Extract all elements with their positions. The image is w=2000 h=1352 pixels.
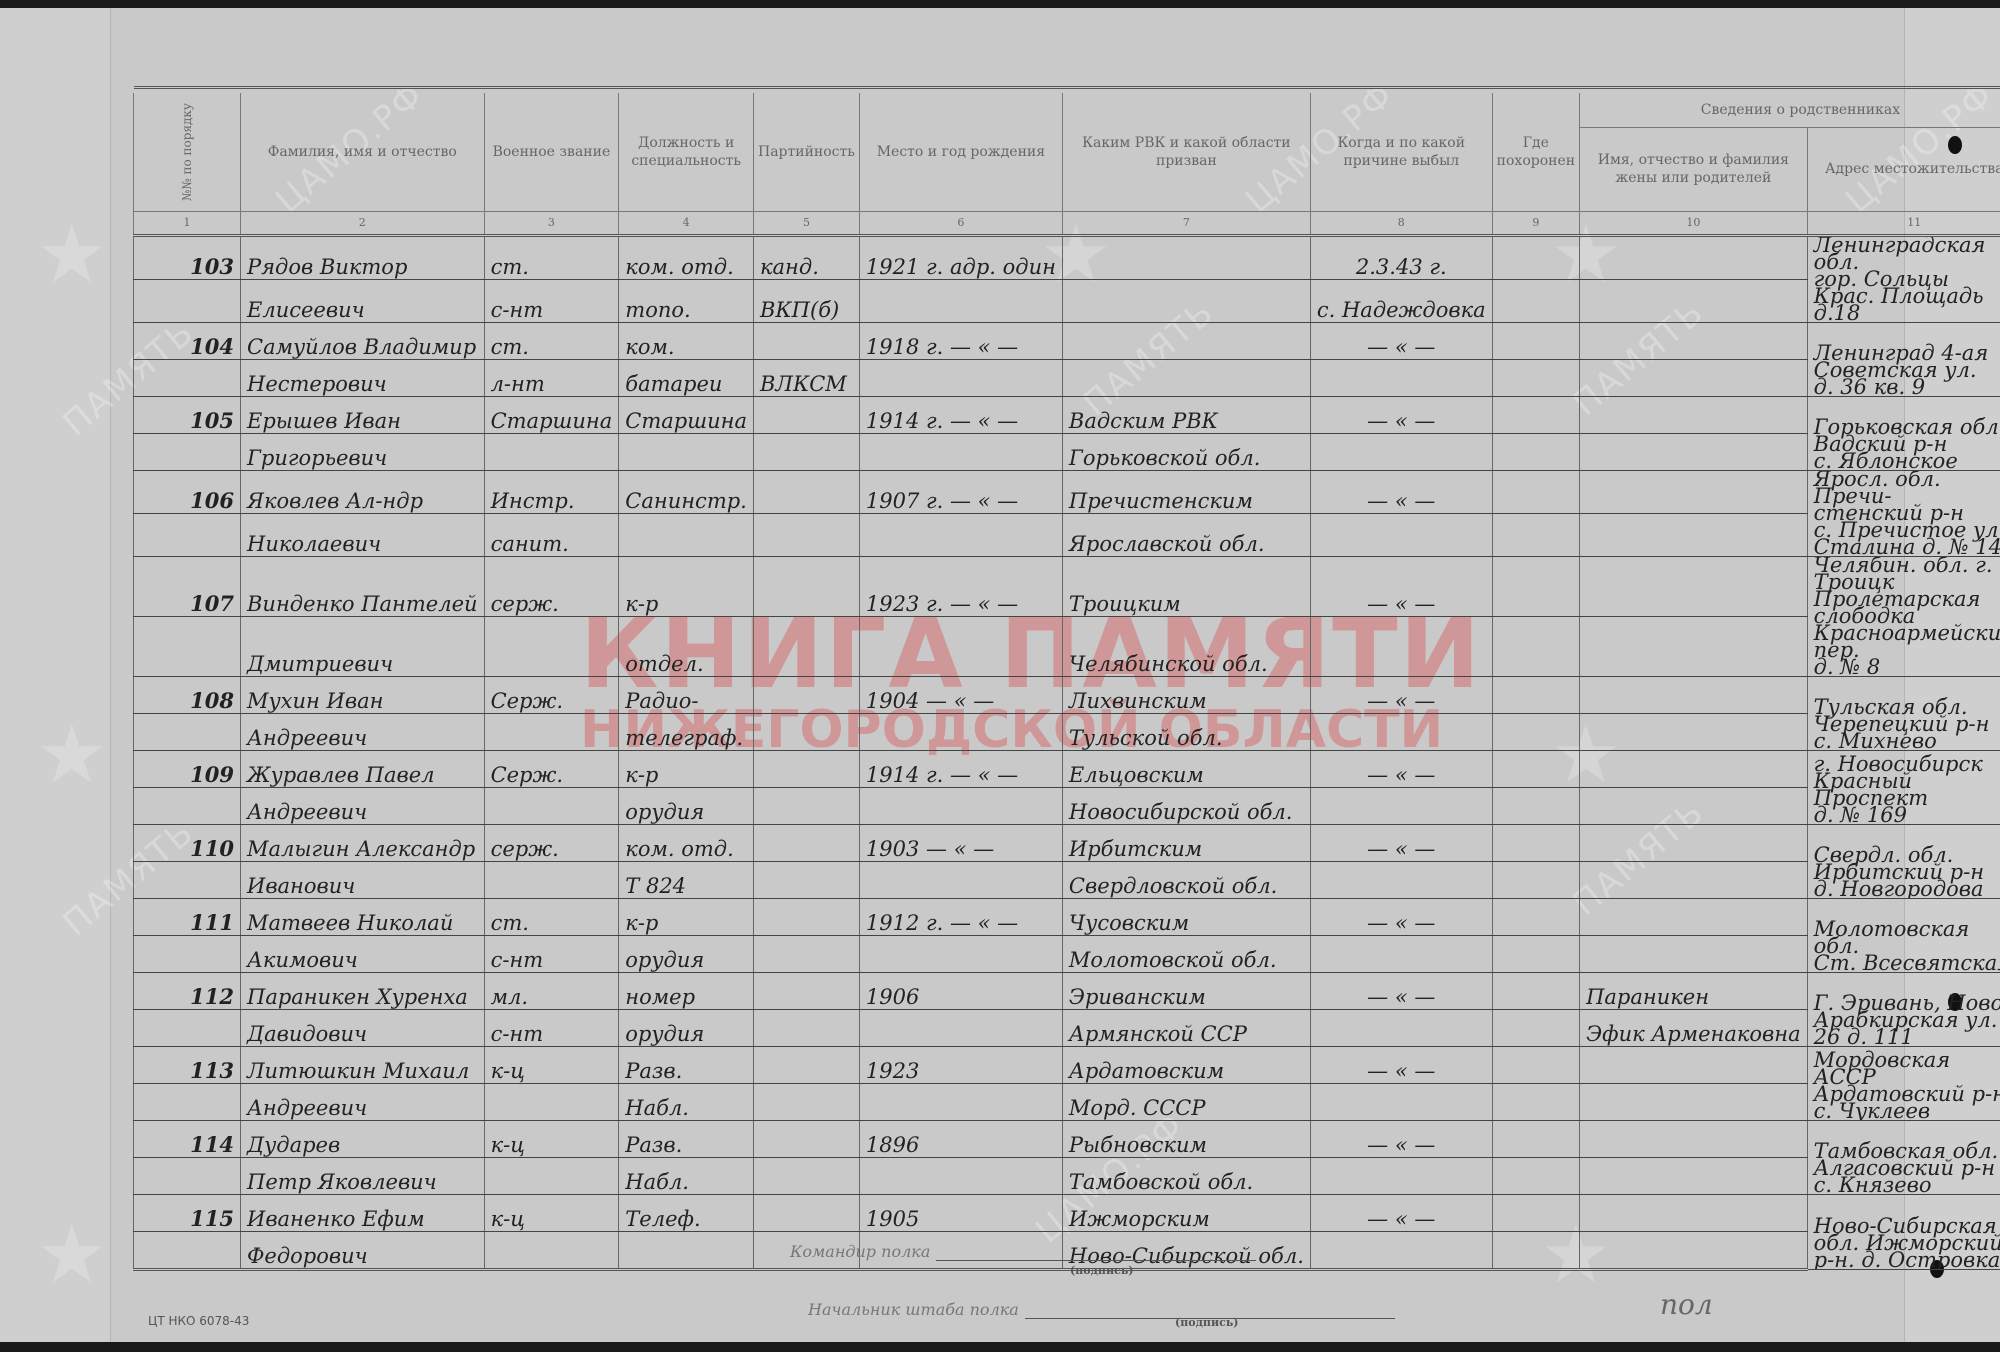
military-rank: Старшина — [484, 396, 619, 433]
soldier-patronymic: Елисеевич — [241, 279, 485, 322]
entry-number: 115 — [134, 1194, 241, 1231]
position: Телеф. — [619, 1194, 754, 1231]
party-membership — [754, 898, 860, 935]
burial-place-line2 — [1492, 861, 1579, 898]
relative-name-line2 — [1580, 433, 1808, 470]
dropout-info: — « — — [1310, 676, 1492, 713]
entry-number: 106 — [134, 470, 241, 513]
entry-number-blank — [134, 935, 241, 972]
relative-name — [1580, 556, 1808, 616]
table-row: 105Ерышев ИванСтаршинаСтаршина1914 г. — … — [134, 396, 2000, 433]
draft-office: Чусовским — [1062, 898, 1310, 935]
draft-region: Новосибирской обл. — [1062, 787, 1310, 824]
birth-line2 — [859, 1157, 1062, 1194]
column-number: 2 — [241, 211, 485, 235]
relative-name — [1580, 824, 1808, 861]
dropout-place — [1310, 616, 1492, 676]
burial-place-line2 — [1492, 1231, 1579, 1269]
position: номер — [619, 972, 754, 1009]
soldier-patronymic: Андреевич — [241, 713, 485, 750]
column-number: 11 — [1807, 211, 2000, 235]
relative-address: Молотовская обл.Ст. Всесвятская — [1807, 898, 2000, 972]
position-line2: орудия — [619, 1009, 754, 1046]
table-row: 104Самуйлов Владимирст.ком.1918 г. — « —… — [134, 322, 2000, 359]
column-number: 9 — [1492, 211, 1579, 235]
entry-number-blank — [134, 433, 241, 470]
military-rank: серж. — [484, 824, 619, 861]
address-line: Мордовская АССР — [1814, 1052, 2000, 1086]
relative-name-line2 — [1580, 359, 1808, 396]
relative-name-line2 — [1580, 513, 1808, 556]
birth-year-place: 1905 — [859, 1194, 1062, 1231]
header-relative-name: Имя, отчество и фамилия жены или родител… — [1580, 127, 1808, 211]
burial-place — [1492, 1194, 1579, 1231]
military-rank-line2 — [484, 861, 619, 898]
military-rank: Серж. — [484, 750, 619, 787]
address-line: Красноармейский пер. — [1814, 625, 2000, 659]
soldier-patronymic: Акимович — [241, 935, 485, 972]
entry-number-blank — [134, 279, 241, 322]
soldier-patronymic: Николаевич — [241, 513, 485, 556]
birth-line2 — [859, 616, 1062, 676]
dropout-info: — « — — [1310, 322, 1492, 359]
birth-year-place: 1903 — « — — [859, 824, 1062, 861]
dropout-info: — « — — [1310, 972, 1492, 1009]
entry-number: 107 — [134, 556, 241, 616]
draft-region: Тамбовской обл. — [1062, 1157, 1310, 1194]
position-line2: Набл. — [619, 1157, 754, 1194]
relative-name-line2 — [1580, 1231, 1808, 1269]
header-party: Партийность — [754, 93, 860, 211]
party-membership — [754, 1046, 860, 1083]
soldier-patronymic: Петр Яковлевич — [241, 1157, 485, 1194]
position-line2: орудия — [619, 787, 754, 824]
dropout-info: — « — — [1310, 1194, 1492, 1231]
dropout-place — [1310, 1009, 1492, 1046]
relative-name — [1580, 470, 1808, 513]
birth-year-place: 1912 г. — « — — [859, 898, 1062, 935]
dropout-place — [1310, 787, 1492, 824]
party-membership-line2 — [754, 1157, 860, 1194]
table-row: 106Яковлев Ал-ндрИнстр.Санинстр.1907 г. … — [134, 470, 2000, 513]
draft-region: Тульской обл. — [1062, 713, 1310, 750]
address-line: Красный Проспект — [1814, 773, 2000, 807]
dropout-place — [1310, 861, 1492, 898]
party-membership-line2: ВКП(б) — [754, 279, 860, 322]
table-row: 103Рядов Викторст.ком. отд.канд.1921 г. … — [134, 235, 2000, 279]
military-rank-line2 — [484, 616, 619, 676]
party-membership-line2 — [754, 935, 860, 972]
relative-name — [1580, 1120, 1808, 1157]
position: ком. отд. — [619, 235, 754, 279]
soldier-name: Иваненко Ефим — [241, 1194, 485, 1231]
position: ком. отд. — [619, 824, 754, 861]
table-row: 111Матвеев Николайст.к-р1912 г. — « —Чус… — [134, 898, 2000, 935]
entry-number-blank — [134, 359, 241, 396]
relative-address: Челябин. обл. г. ТроицкПролетарская слоб… — [1807, 556, 2000, 676]
burial-place-line2 — [1492, 1083, 1579, 1120]
entry-number: 113 — [134, 1046, 241, 1083]
soldier-patronymic: Андреевич — [241, 787, 485, 824]
burial-place-line2 — [1492, 713, 1579, 750]
birth-year-place: 1906 — [859, 972, 1062, 1009]
soldier-name: Матвеев Николай — [241, 898, 485, 935]
entry-number-blank — [134, 713, 241, 750]
party-membership — [754, 470, 860, 513]
address-line: д. № 8 — [1814, 659, 2000, 676]
burial-place — [1492, 824, 1579, 861]
commander-label: Командир полка — [790, 1242, 930, 1261]
form-code: ЦТ НКО 6078-43 — [148, 1314, 249, 1328]
relative-name — [1580, 750, 1808, 787]
relative-address: Свердл. обл.Ирбитский р-нд. Новгородова — [1807, 824, 2000, 898]
soldier-name: Литюшкин Михаил — [241, 1046, 485, 1083]
burial-place-line2 — [1492, 616, 1579, 676]
signature-caption: (подпись) — [1070, 1264, 1134, 1277]
military-rank: серж. — [484, 556, 619, 616]
burial-place — [1492, 972, 1579, 1009]
table-row-continuation: Николаевичсанит.Ярославской обл. — [134, 513, 2000, 556]
relative-name-line2 — [1580, 713, 1808, 750]
entry-number-blank — [134, 1231, 241, 1269]
relative-address: Ленинградская обл.гор. СольцыКрас. Площа… — [1807, 235, 2000, 322]
address-line: Челябин. обл. г. Троицк — [1814, 557, 2000, 591]
birth-line2 — [859, 1009, 1062, 1046]
table-row-continuation: Дмитриевичотдел.Челябинской обл. — [134, 616, 2000, 676]
table-row: 113Литюшкин Михаилк-цРазв.1923Ардатовски… — [134, 1046, 2000, 1083]
relative-name-line2 — [1580, 861, 1808, 898]
draft-region: Морд. СССР — [1062, 1083, 1310, 1120]
soldier-patronymic: Григорьевич — [241, 433, 485, 470]
position-line2: топо. — [619, 279, 754, 322]
column-number: 10 — [1580, 211, 1808, 235]
military-rank-line2 — [484, 433, 619, 470]
address-line: д. № 169 — [1814, 807, 2000, 824]
position-line2 — [619, 1231, 754, 1269]
address-line: Ст. Всесвятская — [1814, 955, 2000, 972]
burial-place — [1492, 470, 1579, 513]
signature-caption: (подпись) — [1175, 1316, 1239, 1329]
party-membership — [754, 676, 860, 713]
birth-line2 — [859, 1083, 1062, 1120]
birth-year-place: 1923 г. — « — — [859, 556, 1062, 616]
military-rank: Серж. — [484, 676, 619, 713]
relative-name — [1580, 396, 1808, 433]
column-number: 6 — [859, 211, 1062, 235]
position-line2: телеграф. — [619, 713, 754, 750]
entry-number-blank — [134, 787, 241, 824]
military-rank: мл. — [484, 972, 619, 1009]
draft-office: Ирбитским — [1062, 824, 1310, 861]
party-membership — [754, 396, 860, 433]
birth-line2 — [859, 935, 1062, 972]
dropout-info: — « — — [1310, 750, 1492, 787]
relative-name-line2 — [1580, 1157, 1808, 1194]
address-line: д. Новгородова — [1814, 881, 2000, 898]
dropout-info: 2.3.43 г. — [1310, 235, 1492, 279]
position: Радио- — [619, 676, 754, 713]
relative-name-line2 — [1580, 279, 1808, 322]
party-membership-line2 — [754, 861, 860, 898]
soldier-name: Ерышев Иван — [241, 396, 485, 433]
position-line2 — [619, 513, 754, 556]
military-rank-line2 — [484, 713, 619, 750]
burial-place-line2 — [1492, 433, 1579, 470]
header-rank: Военное звание — [484, 93, 619, 211]
entry-number-blank — [134, 513, 241, 556]
handwritten-mark: пол — [1660, 1288, 1713, 1321]
entry-number-blank — [134, 861, 241, 898]
military-rank-line2: с-нт — [484, 935, 619, 972]
burial-place-line2 — [1492, 359, 1579, 396]
soldier-patronymic: Давидович — [241, 1009, 485, 1046]
header-order-number: №№ по порядку — [134, 93, 241, 211]
relative-name — [1580, 1194, 1808, 1231]
soldier-name: Журавлев Павел — [241, 750, 485, 787]
position-line2: орудия — [619, 935, 754, 972]
military-rank: к-ц — [484, 1120, 619, 1157]
soldier-name: Самуйлов Владимир — [241, 322, 485, 359]
relative-name — [1580, 1046, 1808, 1083]
birth-year-place: 1918 г. — « — — [859, 322, 1062, 359]
draft-region: Армянской ССР — [1062, 1009, 1310, 1046]
military-rank-line2 — [484, 1083, 619, 1120]
birth-line2 — [859, 513, 1062, 556]
table-row-continuation: Петр ЯковлевичНабл.Тамбовской обл. — [134, 1157, 2000, 1194]
position: Разв. — [619, 1120, 754, 1157]
position: к-р — [619, 898, 754, 935]
military-rank-line2 — [484, 1157, 619, 1194]
birth-line2 — [859, 787, 1062, 824]
entry-number-blank — [134, 616, 241, 676]
dropout-place — [1310, 935, 1492, 972]
relative-name-line2 — [1580, 935, 1808, 972]
position-line2: Набл. — [619, 1083, 754, 1120]
party-membership — [754, 1120, 860, 1157]
soldier-patronymic: Андреевич — [241, 1083, 485, 1120]
dropout-info: — « — — [1310, 898, 1492, 935]
party-membership — [754, 824, 860, 861]
birth-year-place: 1923 — [859, 1046, 1062, 1083]
address-line: р-н. д. Островка — [1814, 1252, 2000, 1269]
draft-office: Ардатовским — [1062, 1046, 1310, 1083]
birth-line2 — [859, 359, 1062, 396]
draft-region: Горьковской обл. — [1062, 433, 1310, 470]
burial-place — [1492, 396, 1579, 433]
draft-region: Челябинской обл. — [1062, 616, 1310, 676]
relative-name: Параникен — [1580, 972, 1808, 1009]
birth-year-place: 1914 г. — « — — [859, 396, 1062, 433]
military-rank-line2 — [484, 1231, 619, 1269]
dropout-place — [1310, 513, 1492, 556]
table-row-continuation: Давидовичс-нторудияАрмянской ССРЭфик Арм… — [134, 1009, 2000, 1046]
birth-year-place: 1896 — [859, 1120, 1062, 1157]
entry-number-blank — [134, 1157, 241, 1194]
party-membership-line2: ВЛКСМ — [754, 359, 860, 396]
entry-number: 112 — [134, 972, 241, 1009]
dropout-place — [1310, 433, 1492, 470]
burial-place — [1492, 750, 1579, 787]
military-rank: ст. — [484, 322, 619, 359]
dropout-info: — « — — [1310, 1120, 1492, 1157]
party-membership — [754, 750, 860, 787]
soldier-patronymic: Федорович — [241, 1231, 485, 1269]
military-rank: к-ц — [484, 1194, 619, 1231]
dropout-place — [1310, 1157, 1492, 1194]
position: Разв. — [619, 1046, 754, 1083]
dropout-info: — « — — [1310, 556, 1492, 616]
column-number: 3 — [484, 211, 619, 235]
birth-year-place: 1921 г. адр. один — [859, 235, 1062, 279]
military-rank-line2: с-нт — [484, 279, 619, 322]
burial-place-line2 — [1492, 787, 1579, 824]
dropout-place — [1310, 1231, 1492, 1269]
soldier-name: Малыгин Александр — [241, 824, 485, 861]
relative-name — [1580, 676, 1808, 713]
draft-office: Пречистенским — [1062, 470, 1310, 513]
birth-line2 — [859, 713, 1062, 750]
dropout-info: — « — — [1310, 396, 1492, 433]
draft-office: Вадским РВК — [1062, 396, 1310, 433]
soldier-patronymic: Дмитриевич — [241, 616, 485, 676]
birth-year-place: 1904 — « — — [859, 676, 1062, 713]
relative-address: Горьковская обл.Вадский р-нс. Яблонское — [1807, 396, 2000, 470]
draft-office — [1062, 235, 1310, 279]
birth-line2 — [859, 861, 1062, 898]
soldier-name: Яковлев Ал-ндр — [241, 470, 485, 513]
draft-office: Ижморским — [1062, 1194, 1310, 1231]
entry-number: 105 — [134, 396, 241, 433]
address-line: Пролетарская слободка — [1814, 591, 2000, 625]
position-line2: Т 824 — [619, 861, 754, 898]
military-rank-line2 — [484, 787, 619, 824]
address-line: Яросл. обл. Пречи- — [1814, 471, 2000, 505]
table-row-continuation: ГригорьевичГорьковской обл. — [134, 433, 2000, 470]
table-row-continuation: Нестеровичл-нтбатареиВЛКСМ — [134, 359, 2000, 396]
address-line: с. Яблонское — [1814, 453, 2000, 470]
party-membership — [754, 972, 860, 1009]
header-position: Должность и специальность — [619, 93, 754, 211]
dropout-info: — « — — [1310, 470, 1492, 513]
burial-place-line2 — [1492, 513, 1579, 556]
draft-office: Ельцовским — [1062, 750, 1310, 787]
dropout-info: — « — — [1310, 1046, 1492, 1083]
entry-number: 110 — [134, 824, 241, 861]
party-membership-line2 — [754, 513, 860, 556]
party-membership-line2 — [754, 713, 860, 750]
burial-place — [1492, 1120, 1579, 1157]
relative-name — [1580, 235, 1808, 279]
party-membership-line2 — [754, 1083, 860, 1120]
header-birth: Место и год рождения — [859, 93, 1062, 211]
burial-place-line2 — [1492, 279, 1579, 322]
table-row: 112Параникен Хуренхамл.номер1906Эриванск… — [134, 972, 2000, 1009]
entry-number: 114 — [134, 1120, 241, 1157]
draft-office: Троицким — [1062, 556, 1310, 616]
column-number: 5 — [754, 211, 860, 235]
table-row: 114Дударевк-цРазв.1896Рыбновским— « —Там… — [134, 1120, 2000, 1157]
position: к-р — [619, 556, 754, 616]
relative-name-line2 — [1580, 787, 1808, 824]
party-membership-line2 — [754, 616, 860, 676]
left-margin-strip — [0, 8, 111, 1342]
entry-number-blank — [134, 1009, 241, 1046]
address-line: Ленинградская обл. — [1814, 237, 2000, 271]
position-line2 — [619, 433, 754, 470]
document-sheet: ★ ★ ★ ★ ★ ★ ★ ЦАМО.РФ ЦАМО.РФ ЦАМО.РФ ЦА… — [0, 8, 2000, 1342]
dropout-place — [1310, 359, 1492, 396]
entry-number: 108 — [134, 676, 241, 713]
table-row-continuation: Андреевичтелеграф.Тульской обл. — [134, 713, 2000, 750]
header-address: Адрес местожительства — [1807, 127, 2000, 211]
table-row-continuation: Елисеевичс-нттопо.ВКП(б)с. Надеждовка — [134, 279, 2000, 322]
entry-number: 103 — [134, 235, 241, 279]
entry-number: 104 — [134, 322, 241, 359]
party-membership — [754, 1194, 860, 1231]
header-relatives-group: Сведения о родственниках — [1580, 93, 2000, 127]
party-membership-line2 — [754, 787, 860, 824]
military-rank: Инстр. — [484, 470, 619, 513]
relative-name — [1580, 898, 1808, 935]
burial-place-line2 — [1492, 935, 1579, 972]
relative-name-line2 — [1580, 1083, 1808, 1120]
burial-place-line2 — [1492, 1009, 1579, 1046]
draft-office: Рыбновским — [1062, 1120, 1310, 1157]
military-rank-line2: с-нт — [484, 1009, 619, 1046]
address-line: Сталина д. № 14 — [1814, 539, 2000, 556]
soldier-name: Рядов Виктор — [241, 235, 485, 279]
burial-place — [1492, 1046, 1579, 1083]
military-rank-line2: санит. — [484, 513, 619, 556]
table-row: 110Малыгин Александрсерж.ком. отд.1903 —… — [134, 824, 2000, 861]
table-row-continuation: АндреевичорудияНовосибирской обл. — [134, 787, 2000, 824]
column-number: 7 — [1062, 211, 1310, 235]
burial-place — [1492, 898, 1579, 935]
military-rank: ст. — [484, 898, 619, 935]
relative-address: Тульская обл.Черепецкий р-нс. Михнево — [1807, 676, 2000, 750]
column-number: 8 — [1310, 211, 1492, 235]
relative-address: Ново-Сибирскаяобл. Ижморскийр-н. д. Остр… — [1807, 1194, 2000, 1269]
casualty-register-table: №№ по порядку Фамилия, имя и отчество Во… — [133, 86, 2000, 1271]
birth-year-place: 1914 г. — « — — [859, 750, 1062, 787]
dropout-place — [1310, 1083, 1492, 1120]
burial-place — [1492, 556, 1579, 616]
chief-of-staff-label: Начальник штаба полка — [808, 1300, 1019, 1319]
table-row-continuation: Акимовичс-нторудияМолотовской обл. — [134, 935, 2000, 972]
header-burial: Где похоронен — [1492, 93, 1579, 211]
column-number: 4 — [619, 211, 754, 235]
draft-office — [1062, 322, 1310, 359]
military-rank-line2: л-нт — [484, 359, 619, 396]
party-membership — [754, 322, 860, 359]
relative-address: Г. Эривань, Ново-Арабкирская ул.26 д. 11… — [1807, 972, 2000, 1046]
table-row: 108Мухин ИванСерж.Радио-1904 — « —Лихвин… — [134, 676, 2000, 713]
relative-name-line2: Эфик Арменаковна — [1580, 1009, 1808, 1046]
header-dropout: Когда и по какой причине выбыл — [1310, 93, 1492, 211]
address-line: Молотовская обл. — [1814, 921, 2000, 955]
burial-place-line2 — [1492, 1157, 1579, 1194]
draft-region — [1062, 279, 1310, 322]
position-line2: отдел. — [619, 616, 754, 676]
soldier-patronymic: Иванович — [241, 861, 485, 898]
header-full-name: Фамилия, имя и отчество — [241, 93, 485, 211]
draft-region: Ярославской обл. — [1062, 513, 1310, 556]
table-row-continuation: АндреевичНабл.Морд. СССР — [134, 1083, 2000, 1120]
table-row: 115Иваненко Ефимк-цТелеф.1905Ижморским— … — [134, 1194, 2000, 1231]
soldier-patronymic: Нестерович — [241, 359, 485, 396]
relative-name — [1580, 322, 1808, 359]
relative-name-line2 — [1580, 616, 1808, 676]
